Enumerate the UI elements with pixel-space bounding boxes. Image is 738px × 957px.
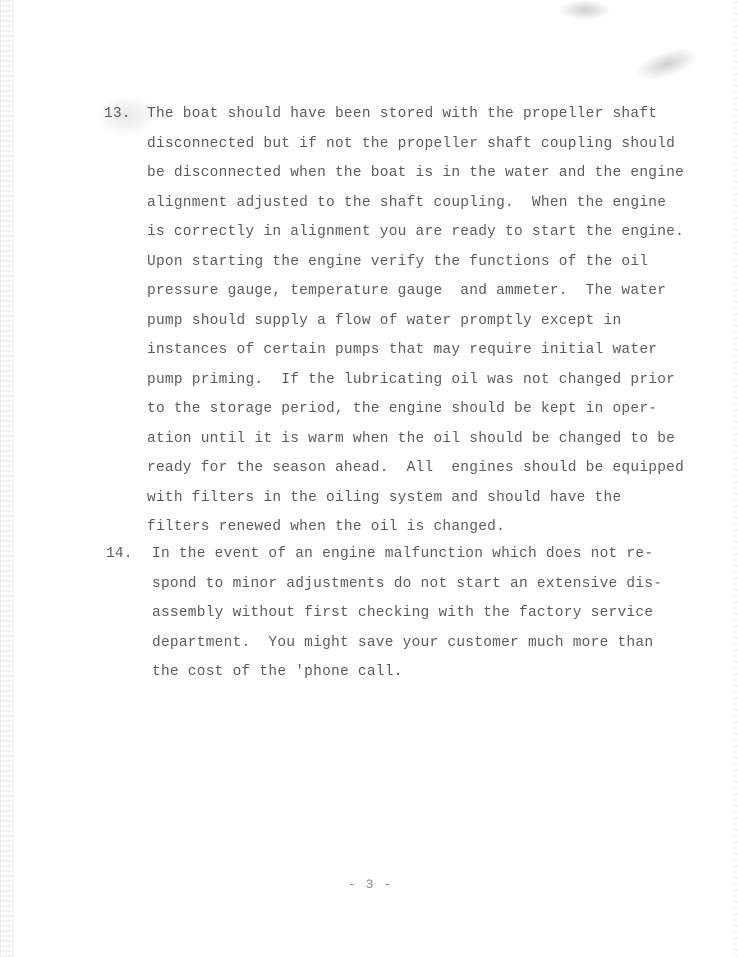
text-line: In the event of an engine malfunction wh… <box>152 540 662 570</box>
item-number: 13. <box>104 100 131 130</box>
text-line: pump priming. If the lubricating oil was… <box>147 366 684 396</box>
text-line: department. You might save your customer… <box>152 629 662 659</box>
page-number: - 3 - <box>330 877 410 892</box>
document-page: 13. The boat should have been stored wit… <box>0 0 738 957</box>
text-line: filters renewed when the oil is changed. <box>147 513 684 543</box>
text-line: ready for the season ahead. All engines … <box>147 454 684 484</box>
text-line: be disconnected when the boat is in the … <box>147 159 684 189</box>
text-line: with filters in the oiling system and sh… <box>147 484 684 514</box>
text-line: instances of certain pumps that may requ… <box>147 336 684 366</box>
text-line: spond to minor adjustments do not start … <box>152 570 662 600</box>
item-text: In the event of an engine malfunction wh… <box>152 540 662 688</box>
text-line: Upon starting the engine verify the func… <box>147 248 684 278</box>
text-line: is correctly in alignment you are ready … <box>147 218 684 248</box>
scan-smudge <box>634 43 700 85</box>
text-line: assembly without first checking with the… <box>152 599 662 629</box>
text-line: alignment adjusted to the shaft coupling… <box>147 189 684 219</box>
text-line: the cost of the 'phone call. <box>152 658 662 688</box>
text-line: The boat should have been stored with th… <box>147 100 684 130</box>
text-line: disconnected but if not the propeller sh… <box>147 130 684 160</box>
scan-edge-right <box>732 0 738 957</box>
scan-edge-left <box>0 0 14 957</box>
text-line: pump should supply a flow of water promp… <box>147 307 684 337</box>
text-line: to the storage period, the engine should… <box>147 395 684 425</box>
text-line: pressure gauge, temperature gauge and am… <box>147 277 684 307</box>
text-line: ation until it is warm when the oil shou… <box>147 425 684 455</box>
item-text: The boat should have been stored with th… <box>147 100 684 543</box>
item-number: 14. <box>106 540 133 570</box>
scan-smudge <box>560 0 610 20</box>
